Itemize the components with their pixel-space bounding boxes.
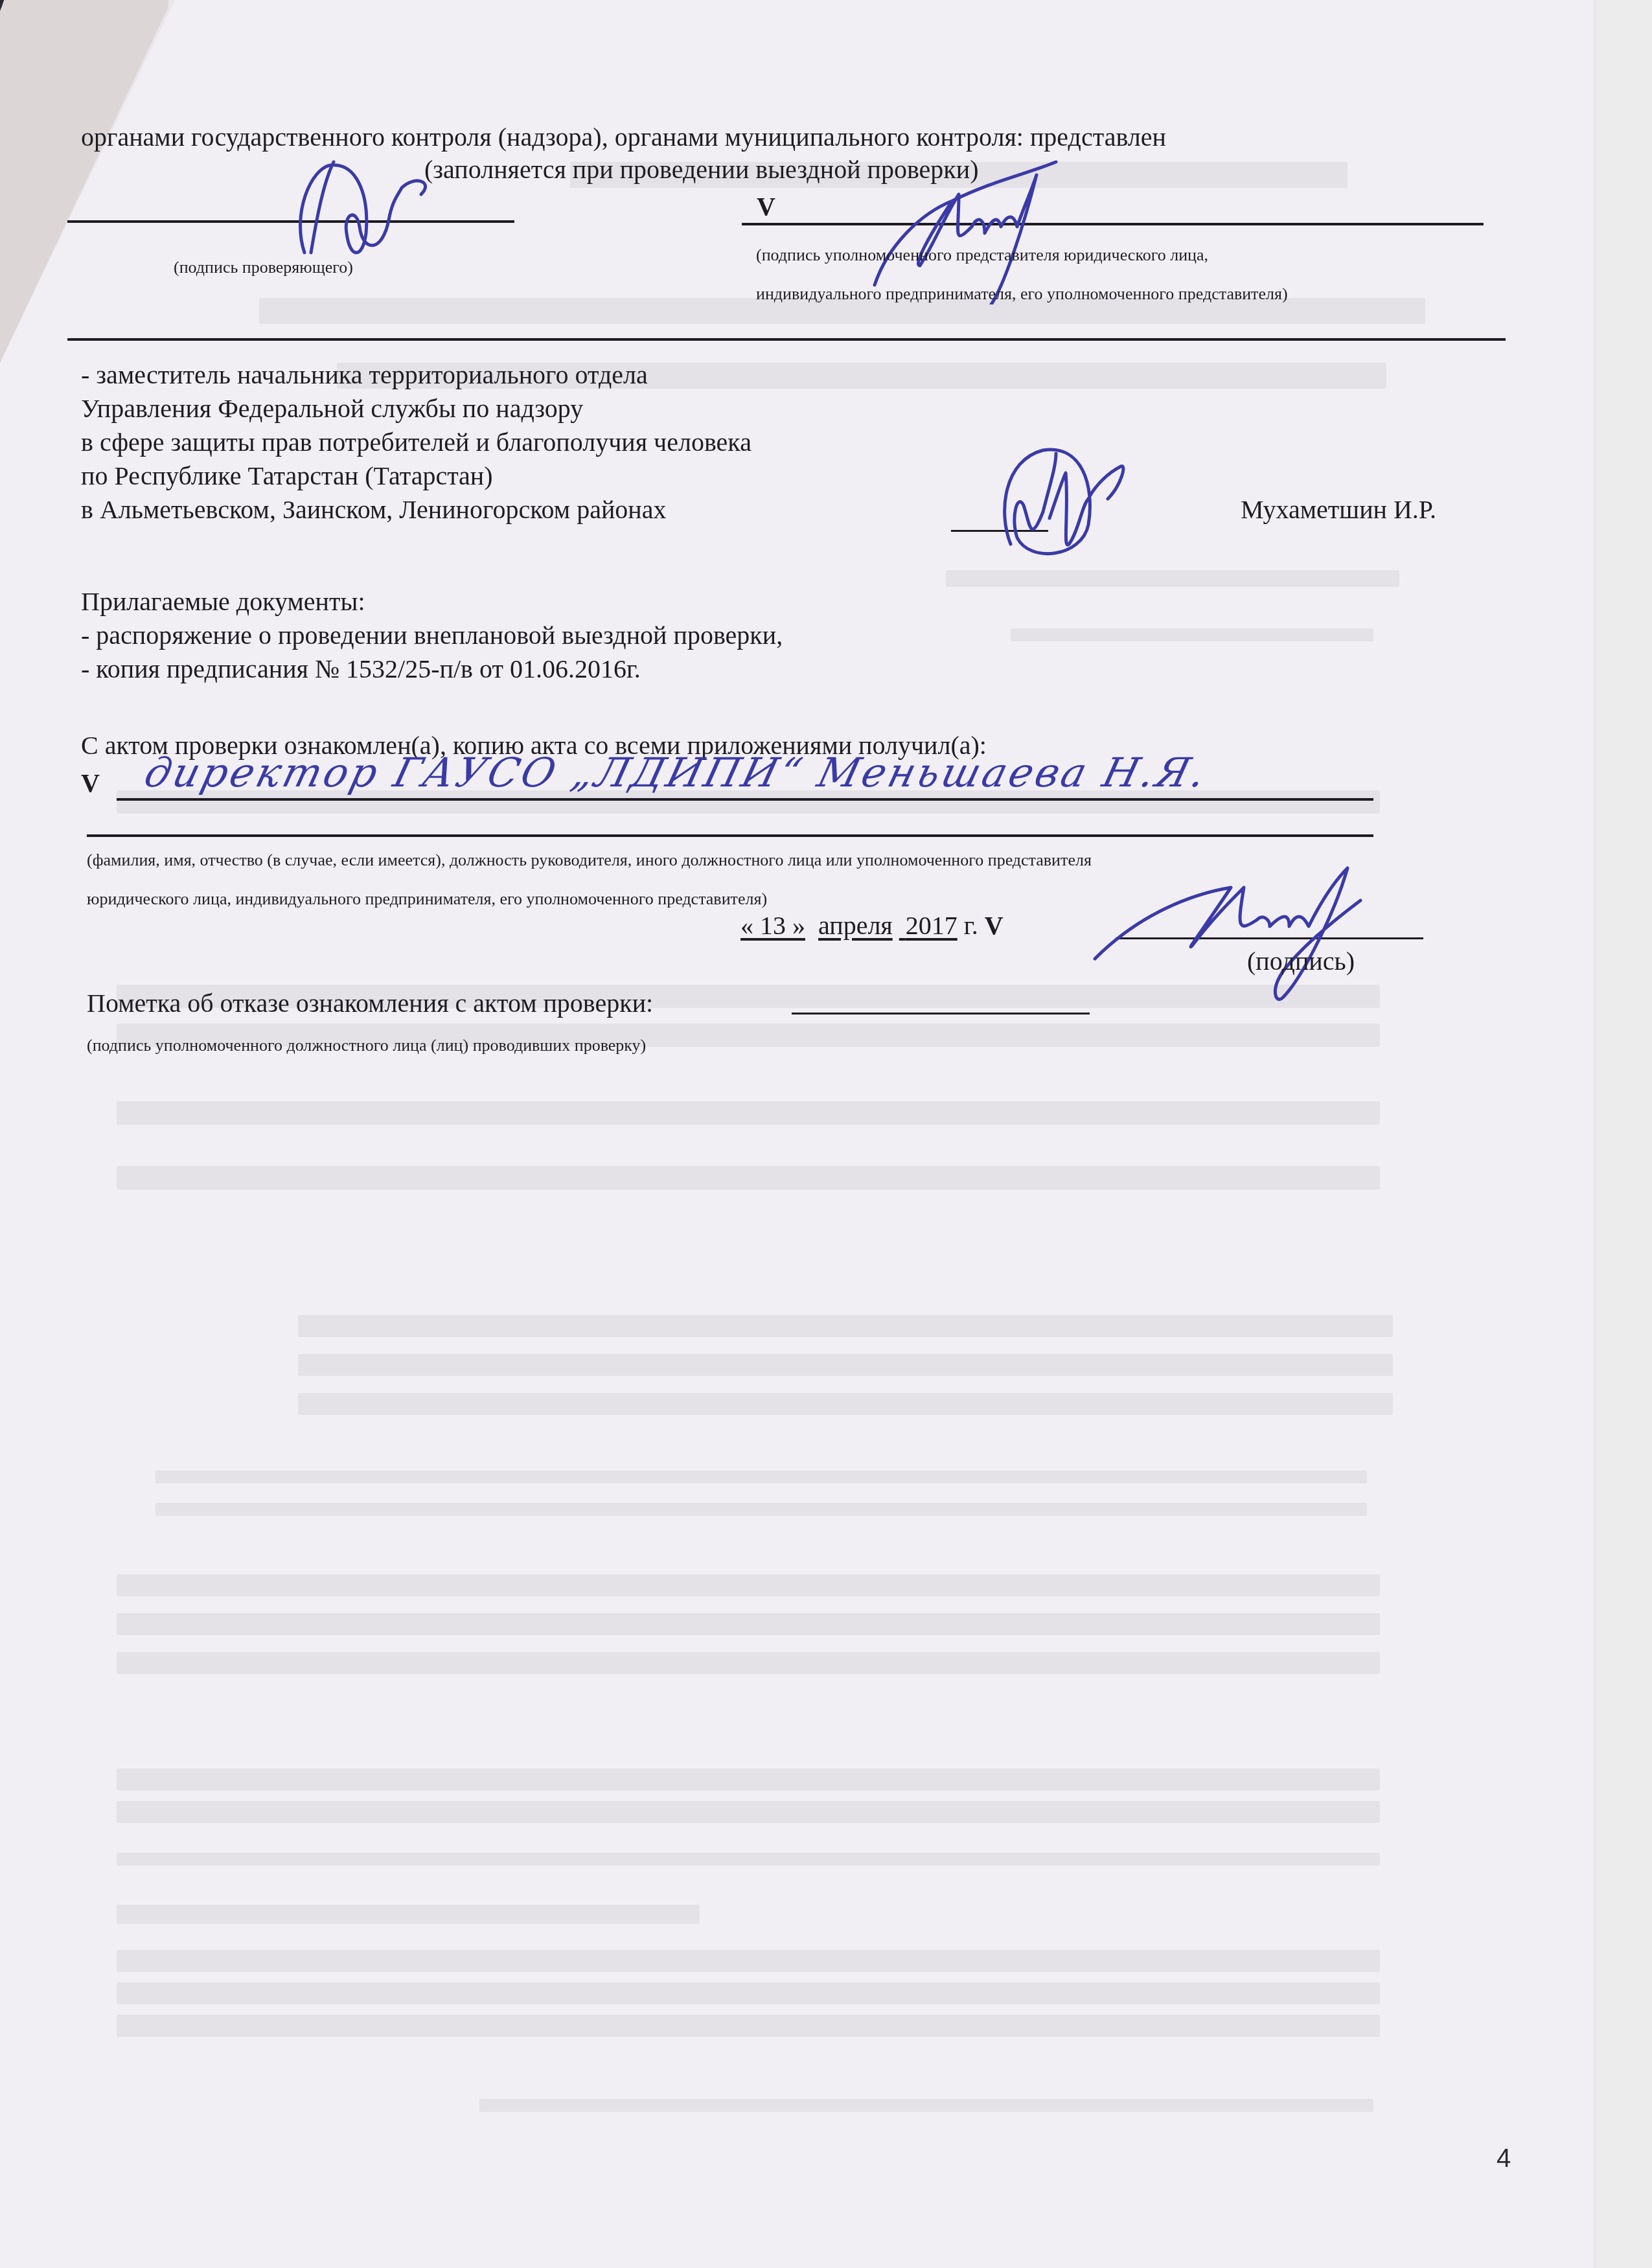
date-year: 2017	[906, 911, 958, 940]
recipient-line-2	[87, 834, 1373, 837]
v-mark-acknowledgement: V	[81, 768, 100, 799]
representative-caption-2: индивидуального предпринимателя, его упо…	[756, 284, 1288, 304]
refusal-caption: (подпись уполномоченного должностного ли…	[87, 1035, 646, 1056]
acknowledgement-signature-caption: (подпись)	[1247, 946, 1355, 977]
v-mark-top: V	[757, 191, 775, 222]
attachments-title: Прилагаемые документы:	[81, 586, 365, 617]
official-line-3: в сфере защиты прав потребителей и благо…	[81, 427, 751, 458]
representative-signature	[862, 155, 1069, 304]
scanner-edge-strip	[1597, 0, 1652, 2268]
representative-signature-line	[742, 223, 1484, 225]
page-number: 4	[1497, 2144, 1511, 2173]
header-line-1: органами государственного контроля (надз…	[81, 122, 1166, 153]
recipient-caption-1: (фамилия, имя, отчество (в случае, если …	[87, 850, 1092, 871]
official-line-5: в Альметьевском, Заинском, Лениногорском…	[81, 494, 666, 525]
separator-line	[67, 338, 1506, 341]
attachment-item-2: - копия предписания № 1532/25-п/в от 01.…	[81, 654, 641, 685]
official-signature	[991, 434, 1147, 570]
refusal-title: Пометка об отказе ознакомления с актом п…	[87, 988, 653, 1019]
representative-caption-1: (подпись уполномоченного представителя ю…	[756, 245, 1208, 266]
acknowledgement-signature	[1088, 862, 1399, 1004]
handwritten-recipient: директор ГАУСО „ЛДИПИ“ Меньшаева Н.Я.	[140, 750, 1213, 796]
acknowledgement-date: « 13 » апреля 2017 г. V	[740, 910, 1004, 941]
refusal-signature-line	[792, 1013, 1090, 1014]
recipient-caption-2: юридического лица, индивидуального предп…	[87, 889, 767, 910]
official-line-4: по Республике Татарстан (Татарстан)	[81, 461, 493, 492]
inspector-signature-caption: (подпись проверяющего)	[174, 257, 353, 278]
official-name: Мухаметшин И.Р.	[1241, 494, 1436, 525]
official-line-1: - заместитель начальника территориальног…	[81, 360, 648, 391]
recipient-line-1	[117, 798, 1373, 801]
inspector-signature	[285, 155, 453, 272]
date-month: апреля	[818, 911, 893, 940]
v-mark-date: V	[985, 911, 1004, 940]
date-day: 13	[760, 911, 786, 940]
official-line-2: Управления Федеральной службы по надзору	[81, 393, 583, 424]
attachment-item-1: - распоряжение о проведении внеплановой …	[81, 620, 783, 651]
